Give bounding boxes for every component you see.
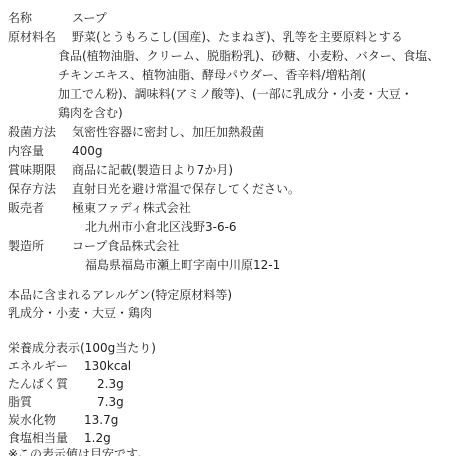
nutrition-note: ※この表示値は目安です。 [8, 446, 149, 456]
nutrition-label-energy: エネルギー [8, 358, 68, 374]
seller-value: 極東ファディ株式会社 [72, 200, 191, 216]
allergen-title: 本品に含まれるアレルゲン(特定原材料等) [8, 287, 232, 303]
name-label: 名称 [8, 10, 32, 26]
nutrition-title: 栄養成分表示(100g当たり) [8, 340, 156, 356]
nutrition-value-carbs: 13.7g [84, 412, 118, 428]
storage-value: 直射日光を避け常温で保存してください。 [72, 181, 300, 197]
ingredients-line: チキンエキス、植物油脂、酵母パウダー、香辛料/増粘剤( [58, 67, 366, 83]
nutrition-label-protein: たんぱく質 [8, 376, 68, 392]
nutrition-value-protein: 2.3g [97, 376, 124, 392]
nutrition-value-fat: 7.3g [97, 394, 124, 410]
nutrition-value-energy: 130kcal [84, 358, 131, 374]
name-value: スープ [72, 10, 107, 26]
storage-label: 保存方法 [8, 181, 56, 197]
nutrition-label-carbs: 炭水化物 [8, 412, 56, 428]
content-value: 400g [72, 143, 103, 159]
nutrition-label-salt: 食塩相当量 [8, 430, 68, 446]
nutrition-value-salt: 1.2g [84, 430, 111, 446]
ingredients-label: 原材料名 [8, 29, 56, 45]
sterilization-label: 殺菌方法 [8, 124, 56, 140]
sterilization-value: 気密性容器に密封し、加圧加熱殺菌 [72, 124, 264, 140]
allergen-list: 乳成分・小麦・大豆・鶏肉 [8, 305, 152, 321]
seller-label: 販売者 [8, 200, 44, 216]
best-before-value: 商品に記載(製造日より7か月) [72, 162, 233, 178]
manufacturer-address: 福島県福島市瀬上町字南中川原12-1 [85, 257, 280, 273]
ingredients-line: 野菜(とうもろこし(国産)、たまねぎ)、乳等を主要原料とする [72, 29, 403, 45]
nutrition-label-fat: 脂質 [8, 394, 32, 410]
ingredients-line: 加工でん粉)、調味料(アミノ酸等)、(一部に乳成分・小麦・大豆・ [58, 86, 413, 102]
content-label: 内容量 [8, 143, 44, 159]
ingredients-line: 鶏肉を含む) [58, 105, 123, 121]
seller-address: 北九州市小倉北区浅野3-6-6 [85, 219, 237, 235]
best-before-label: 賞味期限 [8, 162, 56, 178]
manufacturer-label: 製造所 [8, 238, 44, 254]
manufacturer-value: コープ食品株式会社 [72, 238, 179, 254]
ingredients-line: 食品(植物油脂、クリーム、脱脂粉乳)、砂糖、小麦粉、バター、食塩、 [58, 48, 439, 64]
